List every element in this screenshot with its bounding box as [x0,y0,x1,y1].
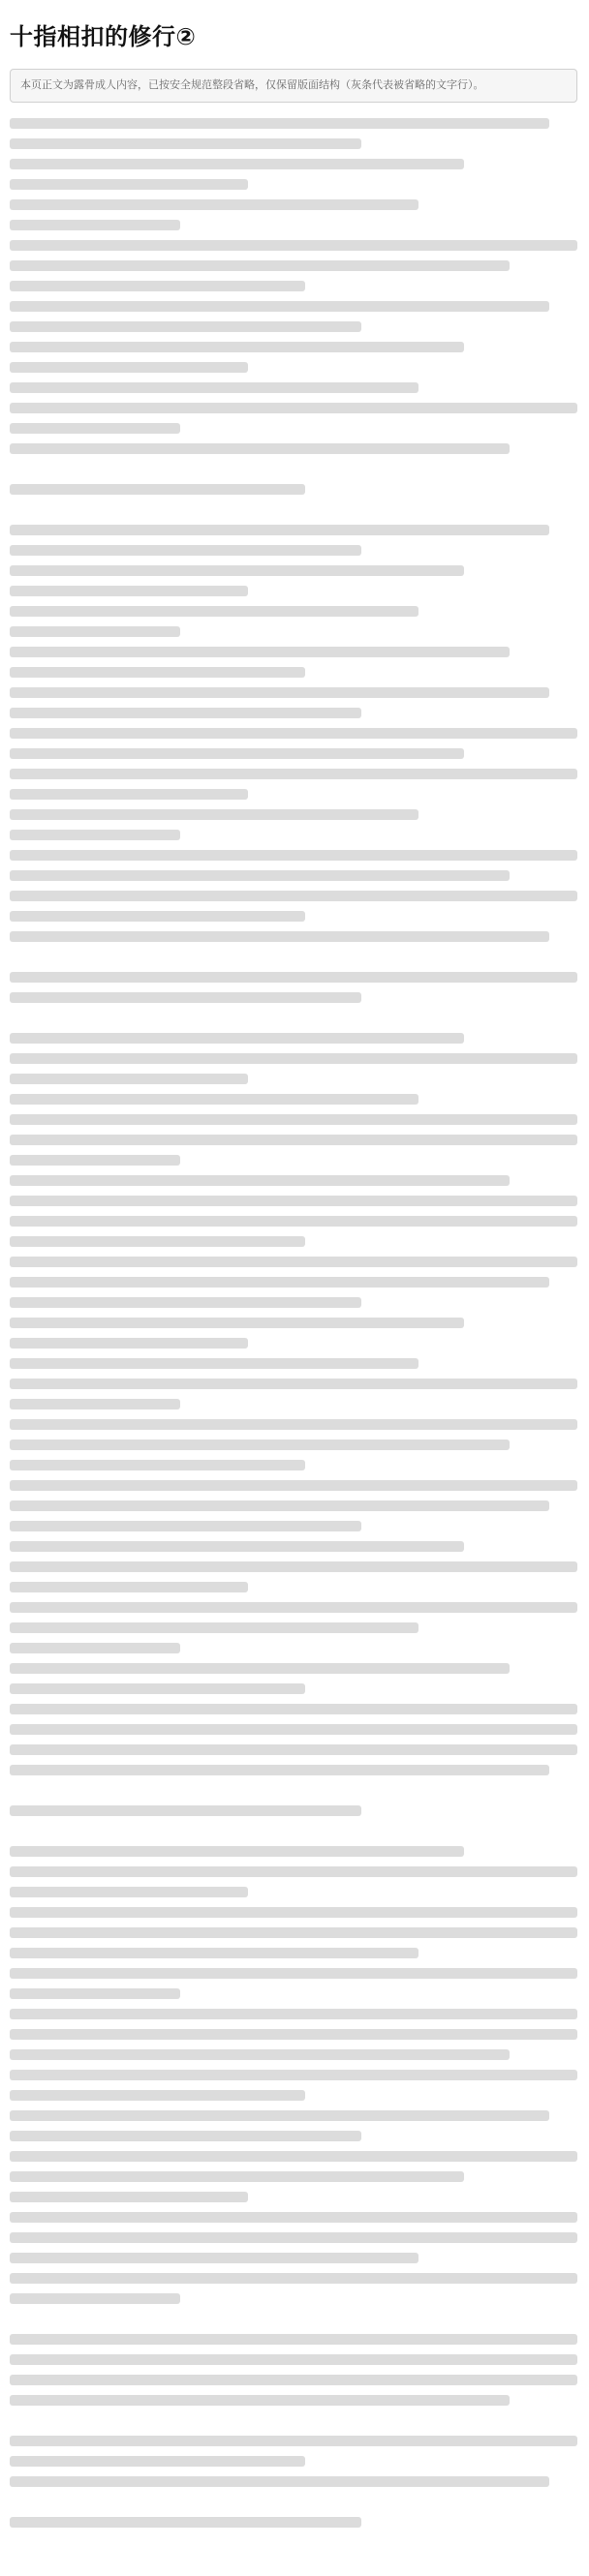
redacted-line-bar [10,1358,418,1369]
redacted-paragraph [10,199,577,210]
redacted-paragraph [10,1907,577,1958]
redacted-line-bar [10,850,577,861]
redacted-line-bar [10,1318,464,1328]
redacted-line-bar [10,199,418,210]
redacted-line-bar [10,1094,418,1105]
redacted-line-bar [10,626,180,637]
redacted-line-bar [10,1216,577,1227]
redacted-line-bar [10,2009,577,2019]
redacted-line-bar [10,1541,464,1552]
redacted-paragraph [10,1866,577,1897]
redacted-line-bar [10,1887,248,1897]
redacted-line-bar [10,565,464,576]
redacted-line-bar [10,525,549,535]
redacted-line-bar [10,1033,464,1044]
redacted-line-bar [10,118,549,129]
redacted-line-bar [10,2334,577,2345]
redacted-line-bar [10,362,248,373]
redacted-line-bar [10,667,305,678]
redacted-line-bar [10,1683,305,1694]
redacted-paragraph [10,769,577,800]
redacted-line-bar [10,1765,549,1775]
redacted-line-bar [10,2029,577,2040]
redacted-line-bar [10,769,577,779]
redacted-paragraph [10,362,577,373]
redacted-paragraph [10,1196,577,1247]
redacted-paragraph [10,1602,577,1633]
redacted-line-bar [10,2293,180,2304]
redacted-paragraph [10,1297,577,1308]
redacted-line-bar [10,2070,577,2080]
redacted-line-bar [10,1704,577,1714]
redacted-line-bar [10,606,418,617]
redacted-paragraph [10,1175,577,1186]
redacted-line-bar [10,1582,248,1592]
redacted-line-bar [10,708,361,718]
redacted-line-bar [10,301,549,312]
redacted-line-bar [10,1460,305,1470]
redacted-line-bar [10,1500,549,1511]
redacted-paragraph [10,2151,577,2182]
redacted-line-bar [10,1968,577,1979]
redacted-line-bar [10,179,248,190]
redacted-paragraph [10,708,577,718]
redacted-paragraph [10,2334,577,2406]
redacted-paragraph [10,1846,577,1857]
redacted-paragraph [10,2517,577,2528]
redacted-line-bar [10,1338,248,1349]
redacted-paragraph [10,1541,577,1552]
redacted-line-bar [10,789,248,800]
redacted-paragraph [10,1663,577,1674]
redacted-line-bar [10,647,510,657]
redacted-line-bar [10,1379,577,1389]
redacted-paragraph [10,2192,577,2202]
redacted-paragraph [10,240,577,271]
redacted-paragraph [10,1643,577,1653]
redacted-line-bar [10,830,180,840]
redacted-line-bar [10,1622,418,1633]
redacted-line-bar [10,870,510,881]
paragraph-gap [10,2497,577,2517]
redacted-paragraph [10,1053,577,1084]
redacted-line-bar [10,342,464,352]
redacted-line-bar [10,728,577,739]
redacted-paragraph [10,1379,577,1409]
redacted-line-bar [10,2090,305,2101]
redacted-line-bar [10,2253,418,2263]
redacted-line-bar [10,443,510,454]
redacted-paragraph [10,1805,577,1816]
redacted-paragraph [10,1094,577,1105]
redacted-line-bar [10,586,248,596]
redacted-paragraph [10,1358,577,1369]
redacted-line-bar [10,687,549,698]
redacted-paragraph [10,565,577,576]
paragraph-gap [10,2415,577,2436]
redacted-paragraph [10,830,577,840]
redacted-line-bar [10,2232,577,2243]
redacted-paragraph [10,1114,577,1166]
redacted-line-bar [10,1155,180,1166]
redacted-line-bar [10,931,549,942]
redacted-line-bar [10,1988,180,1999]
redacted-paragraph [10,1419,577,1450]
redacted-paragraph [10,2110,577,2121]
document-page: 十指相扣的修行② 本页正文为露骨成人内容，已按安全规范整段省略，仅保留版面结构（… [0,0,589,2576]
redacted-paragraph [10,1318,577,1328]
redacted-line-bar [10,1521,361,1531]
redacted-line-bar [10,1399,180,1409]
redacted-line-bar [10,1074,248,1084]
redacted-line-bar [10,2375,577,2385]
redacted-line-bar [10,1257,577,1267]
redacted-line-bar [10,1419,577,1430]
paragraph-gap [10,1826,577,1846]
redacted-line-bar [10,2273,577,2284]
redacted-line-bar [10,423,180,434]
redacted-line-bar [10,2049,510,2060]
redacted-line-bar [10,748,464,759]
redacted-paragraph [10,1521,577,1531]
redacted-paragraph [10,1968,577,1999]
redacted-paragraph [10,281,577,291]
redacted-line-bar [10,1277,549,1288]
redacted-paragraph [10,2212,577,2263]
redacted-paragraph [10,525,577,535]
redacted-paragraph [10,687,577,698]
redacted-line-bar [10,1480,577,1491]
redacted-line-bar [10,220,180,230]
redacted-line-bar [10,992,361,1003]
redacted-line-bar [10,1175,510,1186]
redacted-line-bar [10,545,361,556]
paragraph-gap [10,464,577,484]
redacted-paragraph [10,321,577,332]
redacted-line-bar [10,2110,549,2121]
redacted-paragraph [10,972,577,1003]
redacted-paragraph [10,1033,577,1044]
paragraph-gap [10,2314,577,2334]
redacted-paragraph [10,1460,577,1470]
redacted-line-bar [10,1053,577,1064]
redacted-paragraph [10,1704,577,1775]
redacted-line-bar [10,2212,577,2223]
redacted-line-bar [10,2171,464,2182]
redacted-paragraph [10,179,577,190]
redacted-paragraph [10,586,577,596]
document-body [10,118,577,2528]
redacted-line-bar [10,281,305,291]
redacted-paragraph [10,220,577,230]
redacted-paragraph [10,647,577,657]
redacted-line-bar [10,1663,510,1674]
redacted-paragraph [10,545,577,556]
redacted-line-bar [10,1805,361,1816]
redacted-paragraph [10,1257,577,1288]
redacted-paragraph [10,2476,577,2487]
redacted-line-bar [10,2354,577,2365]
redacted-paragraph [10,342,577,352]
redacted-paragraph [10,301,577,312]
redacted-paragraph [10,667,577,678]
redacted-paragraph [10,159,577,169]
redacted-line-bar [10,1744,577,1755]
redacted-paragraph [10,484,577,495]
redacted-paragraph [10,606,577,617]
redacted-paragraph [10,1480,577,1511]
redacted-paragraph [10,850,577,881]
redacted-line-bar [10,2151,577,2162]
redacted-line-bar [10,2476,549,2487]
redacted-line-bar [10,972,577,983]
redacted-line-bar [10,1927,577,1938]
redacted-line-bar [10,2192,248,2202]
redacted-paragraph [10,2131,577,2141]
redacted-line-bar [10,260,510,271]
redacted-paragraph [10,1338,577,1349]
redacted-line-bar [10,1135,577,1145]
redacted-paragraph [10,2436,577,2467]
redacted-line-bar [10,1724,577,1735]
redacted-line-bar [10,240,577,251]
redacted-paragraph [10,443,577,454]
redacted-line-bar [10,911,305,922]
redacted-line-bar [10,484,305,495]
paragraph-gap [10,952,577,972]
redacted-line-bar [10,138,361,149]
redacted-line-bar [10,1440,510,1450]
redaction-notice: 本页正文为露骨成人内容，已按安全规范整段省略，仅保留版面结构（灰条代表被省略的文… [10,69,577,103]
redacted-paragraph [10,626,577,637]
redacted-line-bar [10,382,418,393]
redacted-line-bar [10,321,361,332]
paragraph-gap [10,504,577,525]
redacted-paragraph [10,1683,577,1694]
redacted-line-bar [10,2131,361,2141]
redacted-paragraph [10,2273,577,2304]
redacted-paragraph [10,2009,577,2060]
redacted-line-bar [10,2436,577,2446]
redacted-line-bar [10,1602,577,1613]
redacted-line-bar [10,1561,577,1572]
redacted-line-bar [10,1236,305,1247]
redacted-line-bar [10,2395,510,2406]
redacted-line-bar [10,403,577,413]
redacted-line-bar [10,891,577,901]
redacted-paragraph [10,931,577,942]
redacted-paragraph [10,382,577,393]
paragraph-gap [10,1013,577,1033]
redacted-paragraph [10,138,577,149]
redacted-line-bar [10,1907,577,1918]
redacted-line-bar [10,809,418,820]
redacted-line-bar [10,2517,361,2528]
page-title: 十指相扣的修行② [10,17,577,51]
redacted-line-bar [10,1846,464,1857]
redacted-line-bar [10,1866,577,1877]
redacted-line-bar [10,2456,305,2467]
redacted-paragraph [10,891,577,922]
redacted-paragraph [10,728,577,759]
redacted-paragraph [10,2070,577,2101]
redacted-line-bar [10,159,464,169]
redacted-paragraph [10,403,577,434]
redacted-paragraph [10,809,577,820]
redacted-line-bar [10,1643,180,1653]
redacted-paragraph [10,118,577,129]
redacted-line-bar [10,1196,577,1206]
redacted-line-bar [10,1948,418,1958]
redacted-paragraph [10,1561,577,1592]
redacted-line-bar [10,1114,577,1125]
redacted-line-bar [10,1297,361,1308]
paragraph-gap [10,1785,577,1805]
